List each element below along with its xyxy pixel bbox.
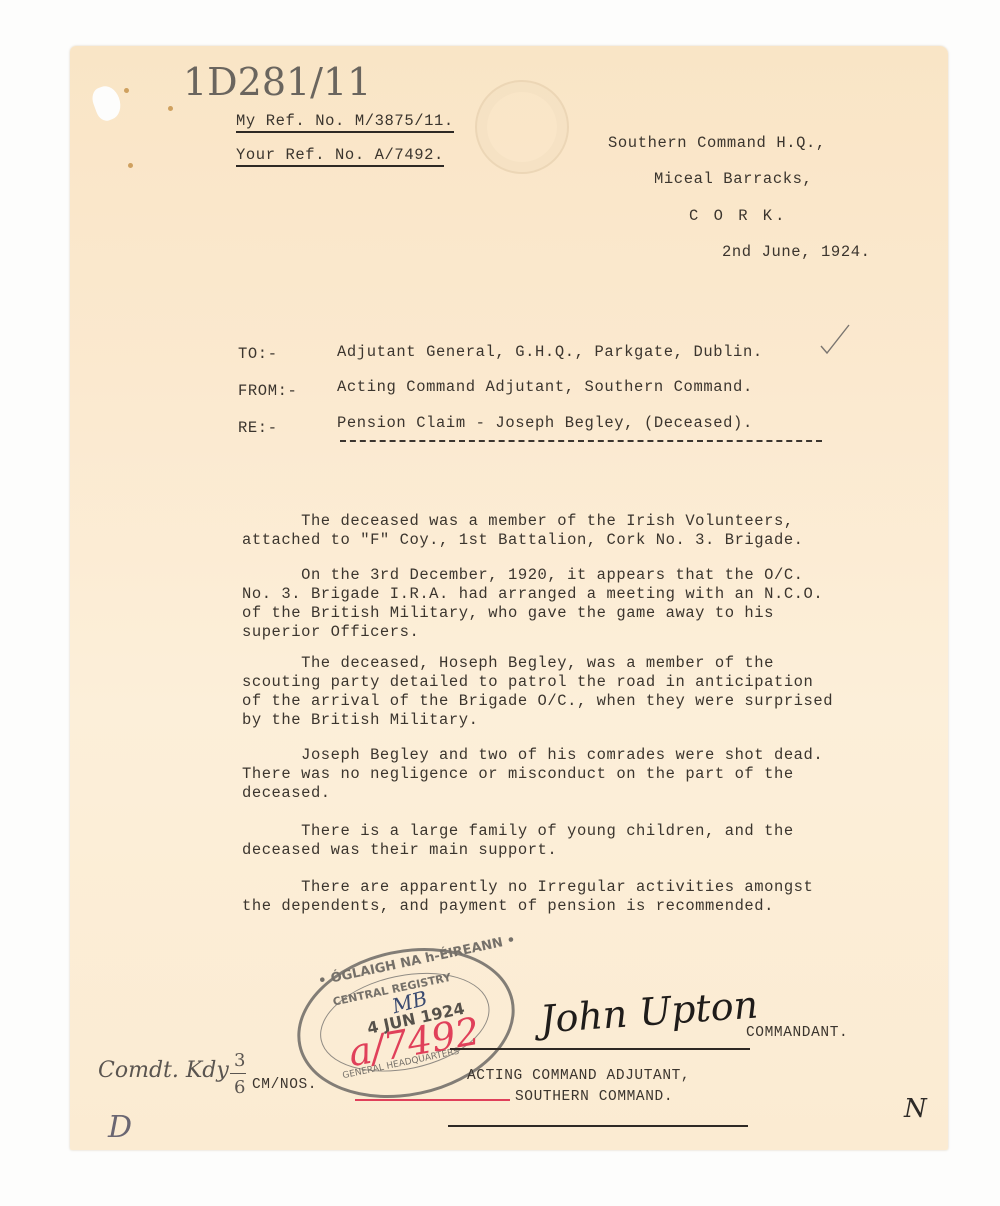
embossed-seal [475,80,569,174]
address-line-2: Miceal Barracks, [654,170,812,188]
rust-spot [124,88,129,93]
paragraph-3: The deceased, Hoseph Begley, was a membe… [242,654,922,730]
bottom-rule [448,1125,748,1127]
paragraph-line: There is a large family of young childre… [242,822,922,841]
paragraph-line: On the 3rd December, 1920, it appears th… [242,566,922,585]
to-value: Adjutant General, G.H.Q., Parkgate, Dubl… [337,343,763,361]
from-value: Acting Command Adjutant, Southern Comman… [337,378,753,396]
red-underline [355,1099,510,1101]
paragraph-line: There was no negligence or misconduct on… [242,765,922,784]
paragraph-line: No. 3. Brigade I.R.A. had arranged a mee… [242,585,922,604]
handwritten-note: Comdt. Kdy [98,1058,229,1083]
paragraph-line: Joseph Begley and two of his comrades we… [242,746,922,765]
paragraph-line: deceased was their main support. [242,841,922,860]
fraction-bar [230,1073,246,1074]
address-line-1: Southern Command H.Q., [608,134,826,152]
subject-underline [340,440,822,442]
from-label: FROM:- [238,382,297,400]
paragraph-line: of the British Military, who gave the ga… [242,604,922,623]
fraction-top: 3 [234,1050,245,1071]
paragraph-line: The deceased was a member of the Irish V… [242,512,922,531]
fraction-bottom: 6 [234,1077,245,1098]
signature-title-1: ACTING COMMAND ADJUTANT, [467,1068,690,1084]
paragraph-2: On the 3rd December, 1920, it appears th… [242,566,922,642]
paragraph-line: the dependents, and payment of pension i… [242,897,922,916]
letter-date: 2nd June, 1924. [722,243,871,261]
paragraph-line: superior Officers. [242,623,922,642]
paragraph-5: There is a large family of young childre… [242,822,922,860]
to-label: TO:- [238,345,278,363]
checkmark-icon [818,322,852,356]
initial-bottom-left: D [108,1110,132,1145]
signature-line [450,1048,750,1050]
paragraph-line: attached to "F" Coy., 1st Battalion, Cor… [242,531,922,550]
paragraph-6: There are apparently no Irregular activi… [242,878,922,916]
paragraph-4: Joseph Begley and two of his comrades we… [242,746,922,803]
paragraph-1: The deceased was a member of the Irish V… [242,512,922,550]
paragraph-line: by the British Military. [242,711,922,730]
re-label: RE:- [238,419,278,437]
paragraph-line: The deceased, Hoseph Begley, was a membe… [242,654,922,673]
initial-bottom-right: N [904,1094,927,1124]
re-value: Pension Claim - Joseph Begley, (Deceased… [337,414,753,432]
my-ref: My Ref. No. M/3875/11. [236,112,454,133]
paragraph-line: deceased. [242,784,922,803]
rust-spot [128,163,133,168]
paragraph-line: of the arrival of the Brigade O/C., when… [242,692,922,711]
typist-reference: CM/NOS. [252,1077,317,1093]
rust-spot [168,106,173,111]
file-number-handwritten: 1D281/11 [183,60,371,104]
paragraph-line: scouting party detailed to patrol the ro… [242,673,922,692]
paragraph-line: There are apparently no Irregular activi… [242,878,922,897]
signature-title-2: SOUTHERN COMMAND. [515,1089,673,1105]
signature-rank: COMMANDANT. [746,1025,848,1041]
your-ref: Your Ref. No. A/7492. [236,146,444,167]
address-line-3: C O R K. [689,207,787,225]
